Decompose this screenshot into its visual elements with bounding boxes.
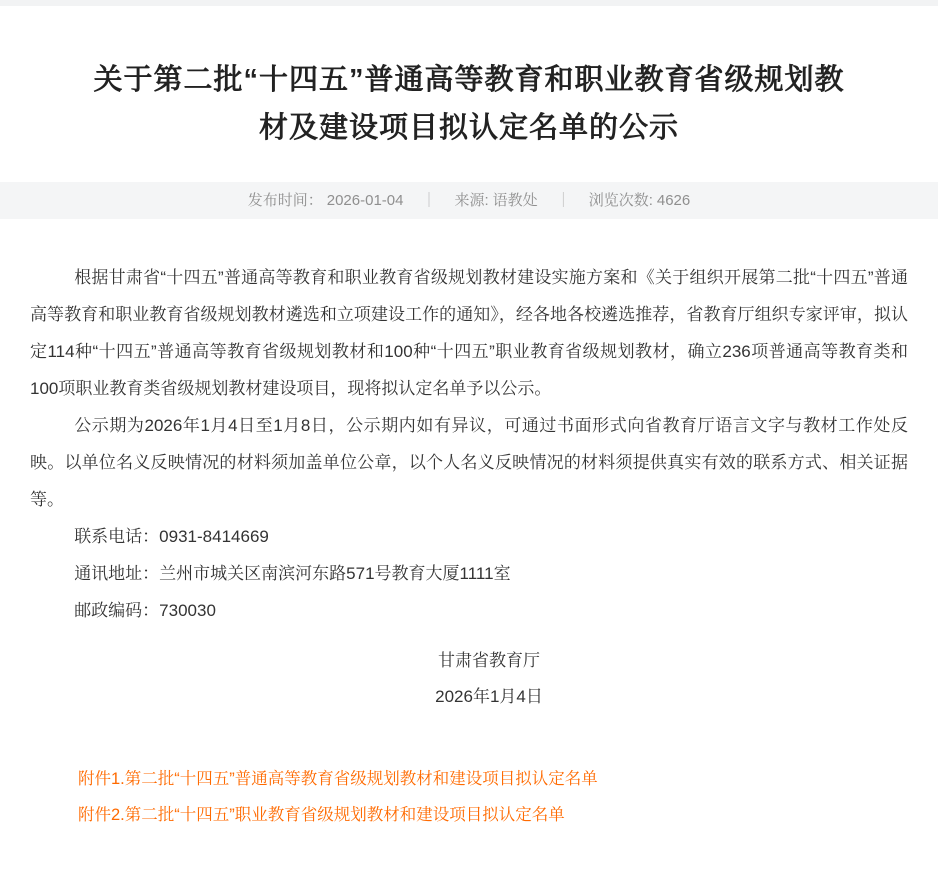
meta-bar: 发布时间：2026-01-04｜来源:语教处｜浏览次数:4626	[0, 182, 938, 219]
source-value: 语教处	[493, 192, 538, 209]
publish-time-value: 2026-01-04	[327, 192, 404, 209]
signature-date: 2026年1月4日	[50, 679, 928, 715]
attachment-link-1[interactable]: 附件1.第二批“十四五”普通高等教育省级规划教材和建设项目拟认定名单	[78, 761, 908, 797]
page-title: 关于第二批“十四五”普通高等教育和职业教育省级规划教材及建设项目拟认定名单的公示	[89, 56, 849, 152]
views-value: 4626	[657, 192, 690, 209]
meta-divider: ｜	[421, 192, 436, 209]
contact-address: 通讯地址：兰州市城关区南滨河东路571号教育大厦1111室	[30, 555, 908, 592]
meta-divider: ｜	[556, 192, 571, 209]
attachments-list: 附件1.第二批“十四五”普通高等教育省级规划教材和建设项目拟认定名单 附件2.第…	[30, 761, 908, 833]
publish-time-label: 发布时间：	[248, 192, 323, 209]
attachment-link-2[interactable]: 附件2.第二批“十四五”职业教育省级规划教材和建设项目拟认定名单	[78, 797, 908, 833]
article-body: 根据甘肃省“十四五”普通高等教育和职业教育省级规划教材建设实施方案和《关于组织开…	[0, 219, 938, 873]
signature-org: 甘肃省教育厅	[50, 643, 928, 679]
body-paragraph-1: 根据甘肃省“十四五”普通高等教育和职业教育省级规划教材建设实施方案和《关于组织开…	[30, 259, 908, 407]
body-paragraph-2: 公示期为2026年1月4日至1月8日，公示期内如有异议，可通过书面形式向省教育厅…	[30, 407, 908, 518]
title-block: 关于第二批“十四五”普通高等教育和职业教育省级规划教材及建设项目拟认定名单的公示	[0, 6, 938, 182]
announcement-page: 关于第二批“十四五”普通高等教育和职业教育省级规划教材及建设项目拟认定名单的公示…	[0, 0, 938, 873]
signature-block: 甘肃省教育厅 2026年1月4日	[30, 643, 908, 715]
source-label: 来源:	[455, 192, 489, 209]
views-label: 浏览次数:	[589, 192, 653, 209]
postal-code: 邮政编码：730030	[30, 592, 908, 629]
contact-phone: 联系电话：0931-8414669	[30, 518, 908, 555]
